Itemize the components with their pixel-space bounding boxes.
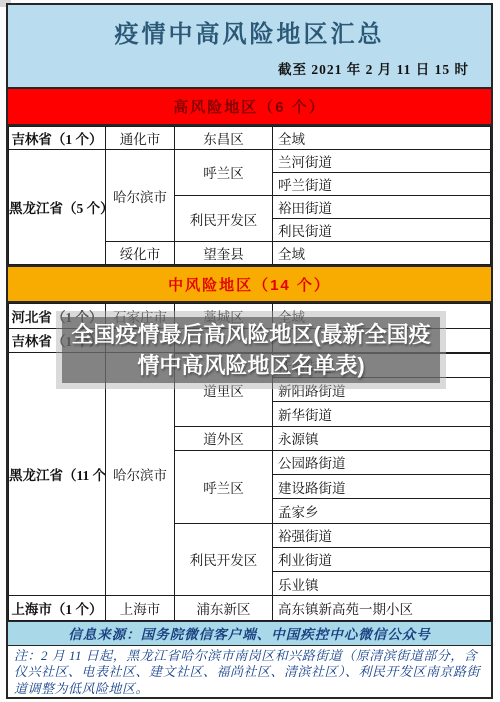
street-cell: 新华街道 — [273, 402, 491, 426]
high-risk-banner-label: 高风险地区（6 个） — [173, 96, 326, 117]
medium-risk-banner-label: 中风险地区（14 个） — [168, 274, 331, 295]
overlay-watermark-text: 全国疫情最后高风险地区(最新全国疫情中高风险地区名单表) — [62, 319, 440, 381]
medium-risk-banner: 中风险地区（14 个） — [8, 265, 491, 303]
page-title: 疫情中高风险地区汇总 — [8, 14, 491, 49]
district-cell: 望奎县 — [175, 242, 273, 265]
table-row: 吉林省（1 个）通化市东昌区全域 — [9, 126, 491, 149]
street-cell: 兰河街道 — [273, 149, 491, 172]
street-cell: 公园路街道 — [273, 450, 491, 474]
street-cell: 裕田街道 — [273, 196, 491, 219]
city-cell: 通化市 — [106, 126, 175, 149]
footnote: 注：2 月 11 日起，黑龙江省哈尔滨市南岗区和兴路街道（原清滨街道部分，含仪兴… — [8, 646, 491, 698]
district-cell: 东昌区 — [175, 126, 273, 149]
table-row: 黑龙江省（5 个）哈尔滨市呼兰区兰河街道 — [9, 149, 491, 172]
high-risk-table: 吉林省（1 个）通化市东昌区全域黑龙江省（5 个）哈尔滨市呼兰区兰河街道呼兰街道… — [8, 126, 491, 266]
province-cell: 上海市（1 个） — [9, 596, 106, 620]
street-cell: 利业街道 — [273, 547, 491, 571]
street-cell: 全域 — [273, 126, 491, 149]
street-cell: 全域 — [273, 242, 491, 265]
risk-table: 吉林省（1 个）通化市东昌区全域黑龙江省（5 个）哈尔滨市呼兰区兰河街道呼兰街道… — [8, 126, 491, 266]
table-row: 上海市（1 个）上海市浦东新区高东镇新高苑一期小区 — [9, 596, 491, 620]
overlay-watermark: 全国疫情最后高风险地区(最新全国疫情中高风险地区名单表) — [62, 317, 440, 383]
city-cell: 哈尔滨市 — [106, 352, 175, 595]
district-cell: 呼兰区 — [175, 149, 273, 195]
district-cell: 道外区 — [175, 426, 273, 450]
province-cell: 吉林省（1 个） — [9, 126, 106, 149]
info-source-text: 信息来源：国务院微信客户端、中国疾控中心微信公众号 — [68, 623, 431, 643]
district-cell: 利民开发区 — [175, 523, 273, 596]
city-cell: 上海市 — [106, 596, 175, 620]
street-cell: 高东镇新高苑一期小区 — [273, 596, 491, 620]
street-cell: 乐业镇 — [273, 572, 491, 596]
city-cell: 绥化市 — [106, 242, 175, 265]
street-cell: 呼兰街道 — [273, 172, 491, 195]
street-cell: 孟家乡 — [273, 499, 491, 523]
city-cell: 哈尔滨市 — [106, 149, 175, 241]
province-cell: 黑龙江省（5 个） — [9, 149, 106, 265]
info-source-bar: 信息来源：国务院微信客户端、中国疾控中心微信公众号 — [8, 621, 491, 646]
as-of-date: 截至 2021 年 2 月 11 日 15 时 — [8, 58, 491, 78]
street-cell: 利民街道 — [273, 219, 491, 242]
district-cell: 浦东新区 — [175, 596, 273, 620]
street-cell: 永源镇 — [273, 426, 491, 450]
district-cell: 利民开发区 — [175, 196, 273, 242]
street-cell: 裕强街道 — [273, 523, 491, 547]
district-cell: 呼兰区 — [175, 450, 273, 523]
high-risk-banner: 高风险地区（6 个） — [8, 89, 491, 126]
sheet-header: 疫情中高风险地区汇总 截至 2021 年 2 月 11 日 15 时 — [8, 5, 491, 89]
province-cell: 黑龙江省（11 个） — [9, 352, 106, 595]
street-cell: 建设路街道 — [273, 475, 491, 499]
